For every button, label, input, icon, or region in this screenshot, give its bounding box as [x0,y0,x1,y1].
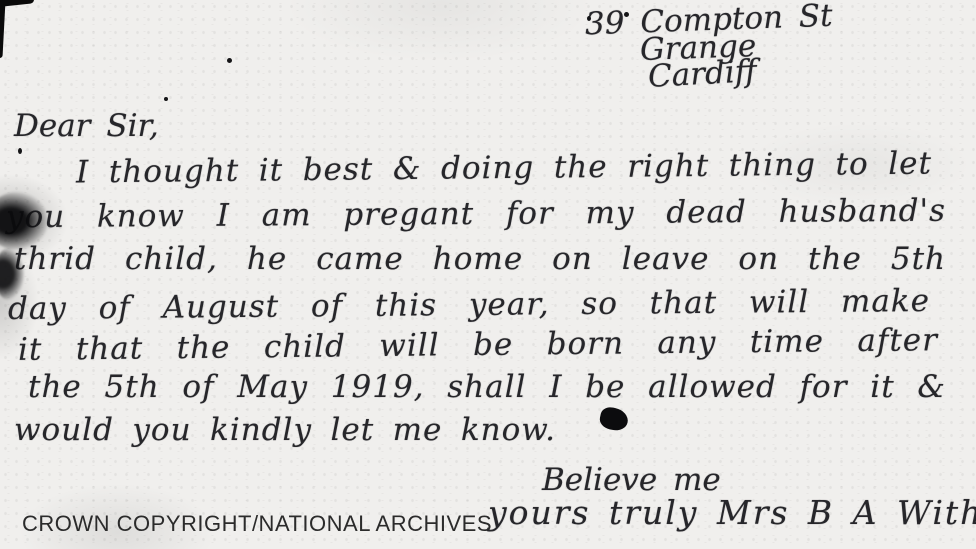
body-line: thrid child, he came home on leave on th… [14,241,946,277]
body-line: you know I am pregant for my dead husban… [6,193,946,236]
ink-speck [18,148,22,154]
copyright-caption: CROWN COPYRIGHT/NATIONAL ARCHIVES [22,511,492,537]
ink-speck [227,58,232,63]
body-line: day of August of this year, so that will… [8,283,930,327]
photo-edge-mark-left [0,0,6,58]
letter-photo: 39 Compton St Grange Cardiff Dear Sir, I… [0,0,976,549]
salutation: Dear Sir, [14,108,159,144]
body-line: it that the child will be born any time … [18,322,938,368]
body-line: would you kindly let me know. [14,412,556,448]
ink-blot [598,405,630,432]
ink-speck [587,16,591,21]
ink-speck [624,12,629,17]
address-line-city: Cardiff [647,53,757,95]
body-line: I thought it best & doing the right thin… [76,146,932,191]
ink-speck [164,97,168,101]
body-line: the 5th of May 1919, shall I be allowed … [28,369,946,405]
signature-line: yours truly Mrs B A With [488,493,976,532]
